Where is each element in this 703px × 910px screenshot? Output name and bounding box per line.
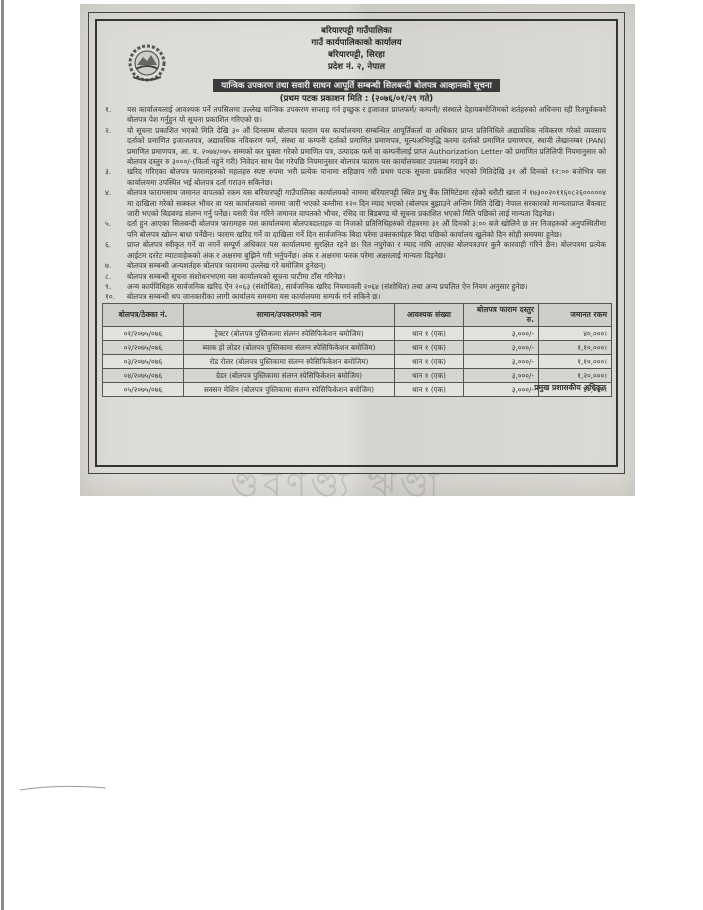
clause-item: २.यो सूचना प्रकाशित भएको मिति देखि ३० औं… (105, 126, 606, 168)
deposit-cell: ४०,०००। (539, 327, 612, 341)
clause-text: खरिद गरिएका बोलपत्र फारामहरुको महलहरु स्… (127, 167, 606, 188)
clause-number: २. (105, 126, 127, 168)
office-name: गाउँ कार्यपालिकाको कार्यालय (97, 37, 616, 49)
clause-text: दर्ता हुन आएका सिलबन्दी बोलपत्र फारामहरु… (127, 219, 606, 240)
clause-number: ३. (105, 167, 127, 188)
form-fee-cell: ३,०००/- (464, 355, 539, 369)
clause-item: ३.खरिद गरिएका बोलपत्र फारामहरुको महलहरु … (105, 167, 606, 188)
clause-item: ९.अन्य कार्यविधिहरु सार्वजनिक खरिद ऐन २०… (105, 282, 606, 292)
form-fee-cell: ३,०००/- (464, 383, 539, 397)
clause-item: ६.प्राप्त बोलपत्र स्वीकृत गर्ने वा नगर्न… (105, 240, 606, 261)
clause-item: १.यस कार्यालयलाई आवश्यक पर्ने तपसिलमा उल… (105, 105, 606, 126)
tender-no-cell: ०३/२०७५/०७६ (103, 355, 184, 369)
clause-item: ८.बोलपत्र सम्बन्धी सूचना संशोधनभएमा यस क… (105, 272, 606, 282)
notice-frame: बरियारपट्टी गाउँपालिका गाउँ कार्यपालिकाक… (95, 19, 618, 467)
clause-item: ४.बोलपत्र फारामसाथ जमानत वापतको रकम यस ब… (105, 188, 606, 219)
clause-text: बोलपत्र सम्बन्धी अन्यशर्तहरु बोलपत्र फार… (127, 261, 606, 271)
table-row: ०२/२०७५/०७६ब्याक हो लोडर (बोलपत्र पुस्ति… (103, 341, 612, 355)
clause-number: १. (105, 105, 127, 126)
col-deposit: जमानत रकम (539, 304, 612, 327)
clause-number: ७. (105, 261, 127, 271)
clause-number: ५. (105, 219, 127, 240)
clause-text: यो सूचना प्रकाशित भएको मिति देखि ३० औं द… (127, 126, 606, 168)
province-name: प्रदेश नं. २, नेपाल (97, 61, 616, 73)
clause-number: १०. (105, 292, 127, 302)
clause-number: ४. (105, 188, 127, 219)
clause-text: बोलपत्र सम्बन्धी सूचना संशोधनभएमा यस कार… (127, 272, 606, 282)
table-header-row: बोलपत्र/ठेक्का नं. सामान/उपकरणको नाम आवश… (103, 304, 612, 327)
tender-notice: बरियारपट्टी गाउँपालिका गाउँ कार्यपालिकाक… (88, 12, 625, 474)
item-name-cell: ब्याक हो लोडर (बोलपत्र पुस्तिकामा संलग्न… (184, 341, 395, 355)
col-item-name: सामान/उपकरणको नाम (184, 304, 395, 327)
deposit-cell: १,१०,०००। (539, 355, 612, 369)
tender-no-cell: ०५/२०७५/०७६ (103, 383, 184, 397)
deposit-cell: १,१०,०००। (539, 341, 612, 355)
notice-clauses: १.यस कार्यालयलाई आवश्यक पर्ने तपसिलमा उल… (105, 105, 606, 303)
clause-number: ९. (105, 282, 127, 292)
table-row: ०१/२०७५/०७६ट्रेक्टर (बोलपत्र पुस्तिकामा … (103, 327, 612, 341)
office-address: बरियारपट्टी, सिरहा (97, 49, 616, 61)
clause-text: बोलपत्र फारामसाथ जमानत वापतको रकम यस बरि… (127, 188, 606, 219)
clause-text: यस कार्यालयलाई आवश्यक पर्ने तपसिलमा उल्ल… (127, 105, 606, 126)
clause-item: १०.बोलपत्र सम्बन्धी थप जानकारीका लागी का… (105, 292, 606, 302)
col-quantity: आवश्यक संख्या (395, 304, 464, 327)
tender-no-cell: ०४/२०७५/०७६ (103, 369, 184, 383)
item-name-cell: ग्रेडर (बोलपत्र पुस्तिकामा संलग्न स्पेसि… (184, 369, 395, 383)
notice-header: बरियारपट्टी गाउँपालिका गाउँ कार्यपालिकाक… (97, 25, 616, 105)
form-fee-cell: ३,०००/- (464, 369, 539, 383)
col-form-fee: बोलपत्र फाराम दस्तुर रु. (464, 304, 539, 327)
notice-title: यान्त्रिक उपकरण तथा सवारी साधन आपूर्ति स… (213, 79, 500, 92)
scan-edge (1, 0, 4, 910)
clause-text: प्राप्त बोलपत्र स्वीकृत गर्ने वा नगर्ने … (127, 240, 606, 261)
clause-number: ८. (105, 272, 127, 282)
table-row: ०३/२०७५/०७६रोड रोलर (बोलपत्र पुस्तिकामा … (103, 355, 612, 369)
quantity-cell: थान १ (एक) (395, 355, 464, 369)
quantity-cell: थान १ (एक) (395, 341, 464, 355)
publication-date: (प्रथम पटक प्रकाशन मिति : (२०७६/०१/२९ गत… (97, 93, 616, 105)
clause-item: ५.दर्ता हुन आएका सिलबन्दी बोलपत्र फारामह… (105, 219, 606, 240)
quantity-cell: थान १ (एक) (395, 383, 464, 397)
clause-text: बोलपत्र सम्बन्धी थप जानकारीका लागी कार्य… (127, 292, 606, 302)
item-name-cell: सक्सन मेशिन (बोलपत्र पुस्तिकामा संलग्न स… (184, 383, 395, 397)
clause-number: ६. (105, 240, 127, 261)
table-row: ०४/२०७५/०७६ग्रेडर (बोलपत्र पुस्तिकामा सं… (103, 369, 612, 383)
signatory-title: प्रमुख प्रशासकीय अधिकृत (534, 383, 606, 393)
clause-text: अन्य कार्यविधिहरु सार्वजनिक खरिद ऐन २०६३… (127, 282, 606, 292)
pen-stroke-mark (18, 782, 108, 792)
tender-no-cell: ०२/२०७५/०७६ (103, 341, 184, 355)
item-name-cell: रोड रोलर (बोलपत्र पुस्तिकामा संलग्न स्पे… (184, 355, 395, 369)
tender-no-cell: ०१/२०७५/०७६ (103, 327, 184, 341)
form-fee-cell: ३,०००/- (464, 327, 539, 341)
quantity-cell: थान १ (एक) (395, 327, 464, 341)
item-name-cell: ट्रेक्टर (बोलपत्र पुस्तिकामा संलग्न स्पे… (184, 327, 395, 341)
clause-item: ७.बोलपत्र सम्बन्धी अन्यशर्तहरु बोलपत्र फ… (105, 261, 606, 271)
quantity-cell: थान १ (एक) (395, 369, 464, 383)
newspaper-clipping: ণ্ডবণণ্ড্য ঋণ্ডা बरियारपट्टी गाउँपालिका … (80, 4, 635, 496)
municipality-name: बरियारपट्टी गाउँपालिका (97, 25, 616, 37)
col-tender-no: बोलपत्र/ठेक्का नं. (103, 304, 184, 327)
deposit-cell: १,२०,०००। (539, 369, 612, 383)
form-fee-cell: ३,०००/- (464, 341, 539, 355)
